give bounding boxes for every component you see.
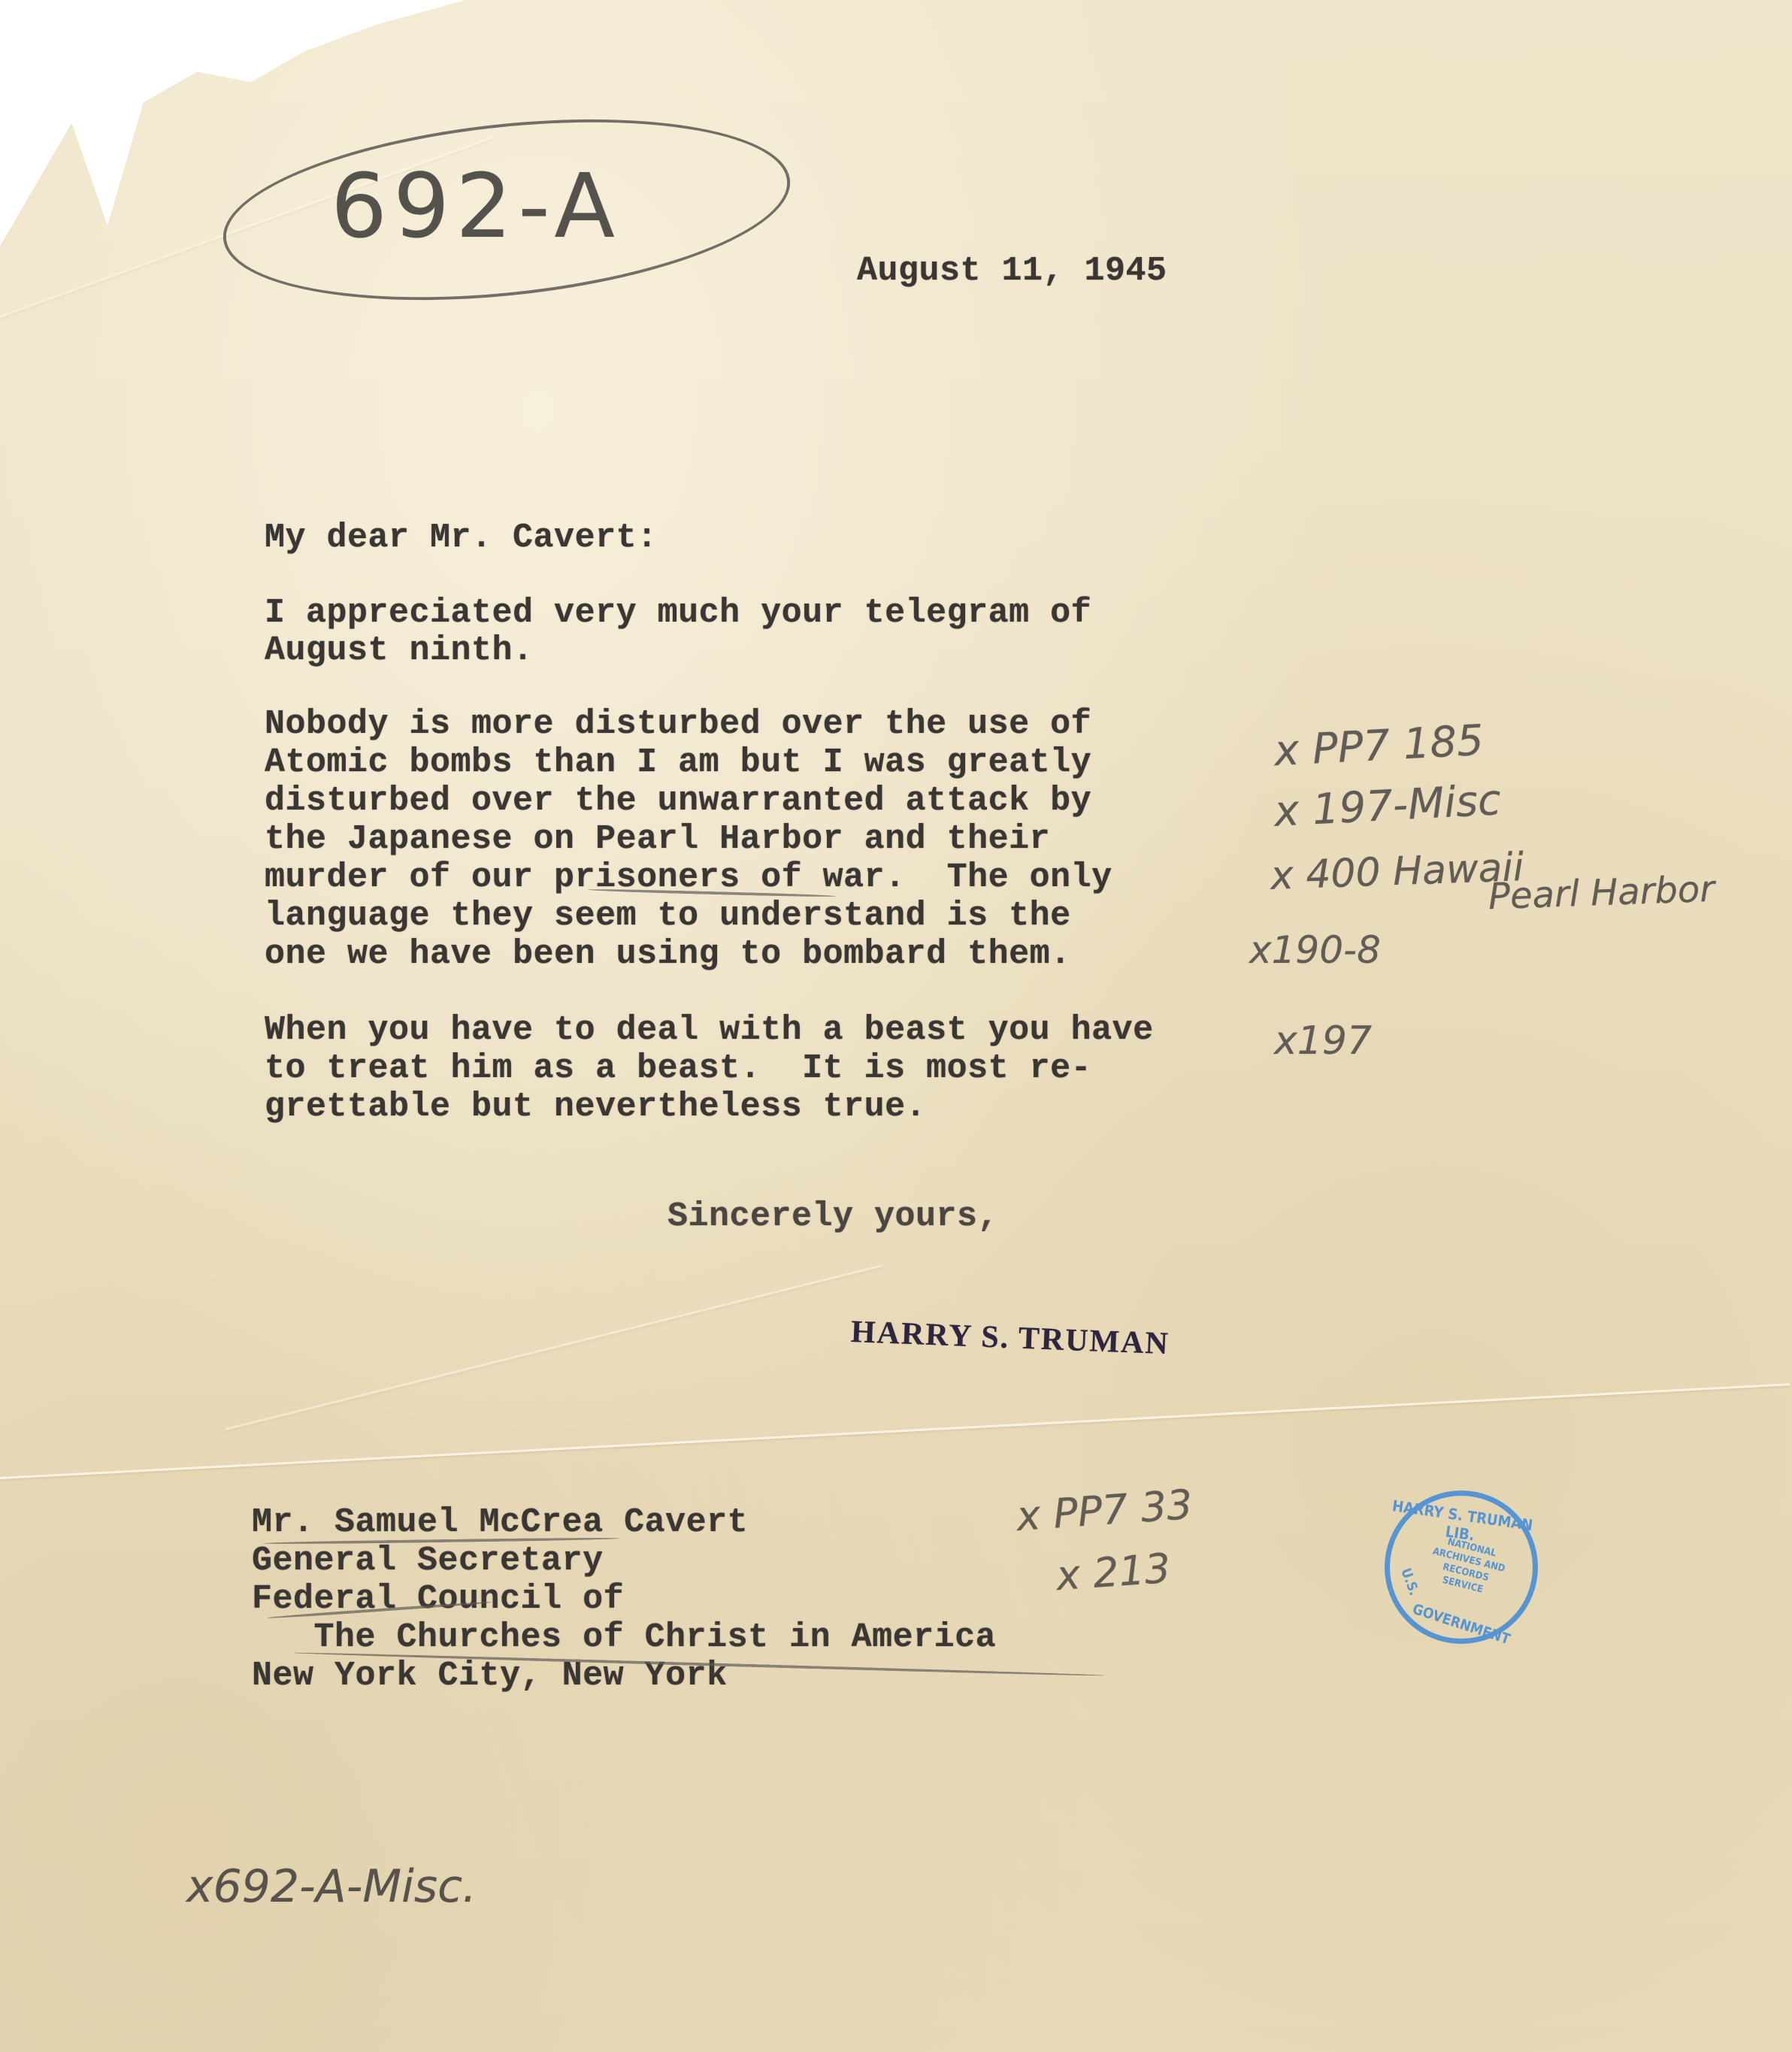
recipient-line: The Churches of Christ in America bbox=[252, 1618, 996, 1657]
margin-note: x 400 Hawaii bbox=[1270, 845, 1524, 899]
archive-stamp: HARRY S. TRUMAN LIB. NATIONAL ARCHIVES A… bbox=[1385, 1491, 1538, 1644]
paragraph-line: Atomic bombs than I am but I was greatly bbox=[265, 743, 1091, 782]
paragraph-line: August ninth. bbox=[265, 631, 534, 670]
letter-page: 692-A August 11, 1945 My dear Mr. Cavert… bbox=[0, 0, 1792, 2052]
paragraph-line: to treat him as a beast. It is most re- bbox=[265, 1049, 1091, 1088]
signature-block: HARRY S. TRUMAN bbox=[850, 1314, 1170, 1362]
recipient-line: Federal Council of bbox=[252, 1580, 624, 1618]
margin-note: x197 bbox=[1274, 1018, 1372, 1064]
margin-note: Pearl Harbor bbox=[1488, 868, 1715, 918]
margin-note: x 197-Misc bbox=[1273, 776, 1503, 837]
recipient-line: Mr. Samuel McCrea Cavert bbox=[252, 1503, 748, 1542]
paper-crease bbox=[226, 1264, 882, 1430]
margin-note: x PP7 185 bbox=[1273, 716, 1485, 776]
recipient-note: x 213 bbox=[1055, 1545, 1172, 1600]
closing: Sincerely yours, bbox=[667, 1197, 998, 1236]
recipient-line: General Secretary bbox=[252, 1542, 604, 1580]
paragraph-line: one we have been using to bombard them. bbox=[265, 935, 1071, 973]
file-number: 692-A bbox=[331, 154, 621, 258]
paragraph-line: I appreciated very much your telegram of bbox=[265, 594, 1091, 632]
paper-crease bbox=[0, 1383, 1790, 1479]
paragraph-line: language they seem to understand is the bbox=[265, 897, 1071, 935]
paragraph-line: the Japanese on Pearl Harbor and their bbox=[265, 820, 1050, 858]
paragraph-line: Nobody is more disturbed over the use of bbox=[265, 705, 1091, 743]
paragraph-line: grettable but nevertheless true. bbox=[265, 1088, 926, 1126]
bottom-file-note: x692-A-Misc. bbox=[186, 1860, 477, 1913]
recipient-note: x PP7 33 bbox=[1015, 1481, 1194, 1540]
margin-note: x190-8 bbox=[1249, 928, 1381, 972]
salutation: My dear Mr. Cavert: bbox=[265, 519, 658, 557]
letter-date: August 11, 1945 bbox=[857, 252, 1167, 290]
paragraph-line: disturbed over the unwarranted attack by bbox=[265, 782, 1091, 820]
paragraph-line: When you have to deal with a beast you h… bbox=[265, 1011, 1154, 1049]
stamp-ring-bottom: GOVERNMENT bbox=[1391, 1594, 1531, 1654]
